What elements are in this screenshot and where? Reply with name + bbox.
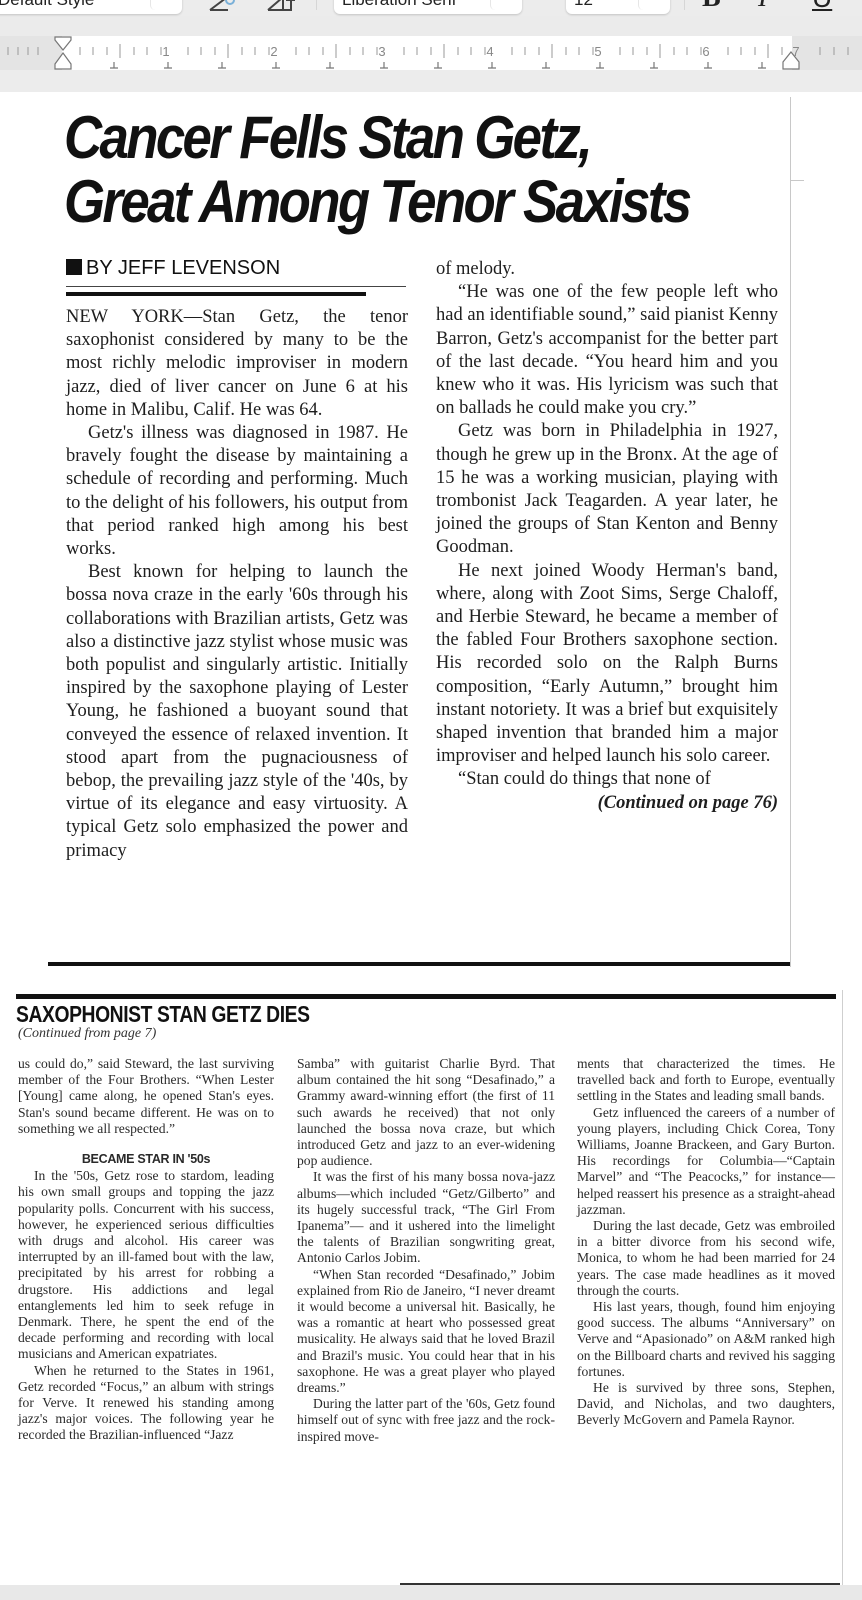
ruler-label: 3 [378,44,385,59]
text-boundary-line [790,97,791,967]
underline-button[interactable]: U [812,0,832,12]
font-name-select[interactable]: Liberation Serif [334,0,522,14]
paragraph: Best known for helping to launch the bos… [66,561,408,863]
paragraph: Samba” with guitarist Charlie Byrd. That… [297,1056,555,1169]
byline-rule-thick [66,292,366,296]
font-name-dropdown-button[interactable] [490,0,518,10]
paragraph: ments that characterized the times. He t… [577,1056,835,1105]
article2-top-rule [16,994,836,999]
paragraph: During the last decade, Getz was embroil… [577,1218,835,1299]
paragraph: of melody. [436,258,778,281]
text-boundary-corner [790,180,804,181]
paragraph-style-select[interactable]: Default Style [0,0,182,14]
paragraph: He next joined Woody Herman's band, wher… [436,560,778,769]
paragraph: Getz influenced the careers of a number … [577,1105,835,1218]
paragraph: Getz was born in Philadelphia in 1927, t… [436,420,778,559]
italic-button[interactable]: I [758,0,767,12]
continued-notice: (Continued on page 76) [436,792,778,815]
paragraph: “Stan could do things that none of [436,768,778,791]
headline-line-2: Great Among Tenor Saxists [64,170,715,234]
toolbar-separator [684,0,685,10]
font-size-value: 12 [574,0,593,9]
paragraph-style-dropdown-button[interactable] [150,0,178,10]
paragraph: In the '50s, Getz rose to stardom, leadi… [18,1168,274,1362]
article1-column-1: NEW YORK—Stan Getz, the tenor saxophonis… [66,306,408,863]
paragraph: He is survived by three sons, Stephen, D… [577,1380,835,1429]
page-bottom-gap [0,1585,862,1600]
ruler-label: 2 [270,44,277,59]
new-style-icon[interactable] [266,0,296,17]
paragraph: During the latter part of the '60s, Getz… [297,1396,555,1445]
byline: BY JEFF LEVENSON [66,257,280,280]
paragraph: When he returned to the States in 1961, … [18,1363,274,1444]
update-style-icon[interactable] [208,0,236,17]
byline-square-icon [66,259,82,275]
paragraph: It was the first of his many bossa nova-… [297,1169,555,1266]
byline-rule-thin [66,286,406,287]
horizontal-ruler[interactable]: 1 2 3 4 5 6 7 [0,36,862,70]
article2-column-3: ments that characterized the times. He t… [577,1056,835,1429]
article2-column-2: Samba” with guitarist Charlie Byrd. That… [297,1056,555,1445]
paragraph: NEW YORK—Stan Getz, the tenor saxophonis… [66,306,408,422]
toolbar-gap [0,70,862,92]
paragraph: “When Stan recorded “Desafinado,” Jobim … [297,1267,555,1397]
font-size-select[interactable]: 12 [566,0,670,14]
article1-bottom-rule [48,962,790,966]
right-indent-marker-icon[interactable] [781,50,801,70]
left-indent-marker-icon[interactable] [53,36,73,70]
ruler-label: 4 [486,44,493,59]
formatting-toolbar: Default Style Liberation Serif 12 B I U [0,0,862,16]
ruler-label: 5 [594,44,601,59]
bold-button[interactable]: B [702,0,721,12]
paragraph: “He was one of the few people left who h… [436,281,778,420]
paragraph: Getz's illness was diagnosed in 1987. He… [66,422,408,561]
toolbar-separator [316,0,317,10]
ruler-ticks: 1 2 3 4 5 6 7 [0,36,862,70]
article2-right-border [842,990,843,1600]
paragraph-style-value: Default Style [0,0,94,9]
article-headline: Cancer Fells Stan Getz, Great Among Teno… [64,106,715,234]
article2-subtitle: (Continued from page 7) [18,1026,156,1042]
ruler-label: 6 [702,44,709,59]
font-size-dropdown-button[interactable] [638,0,666,10]
ruler-label: 1 [162,44,169,59]
section-subhead: BECAME STAR IN '50s [18,1151,274,1167]
article2-column-1: us could do,” said Steward, the last sur… [18,1056,274,1444]
article1-column-2: of melody. “He was one of the few people… [436,258,778,815]
headline-line-1: Cancer Fells Stan Getz, [64,106,715,170]
font-name-value: Liberation Serif [342,0,456,9]
byline-text: BY JEFF LEVENSON [86,257,280,279]
article2-title: SAXOPHONIST STAN GETZ DIES [16,1001,310,1028]
paragraph: us could do,” said Steward, the last sur… [18,1056,274,1137]
paragraph: His last years, though, found him enjoyi… [577,1299,835,1380]
